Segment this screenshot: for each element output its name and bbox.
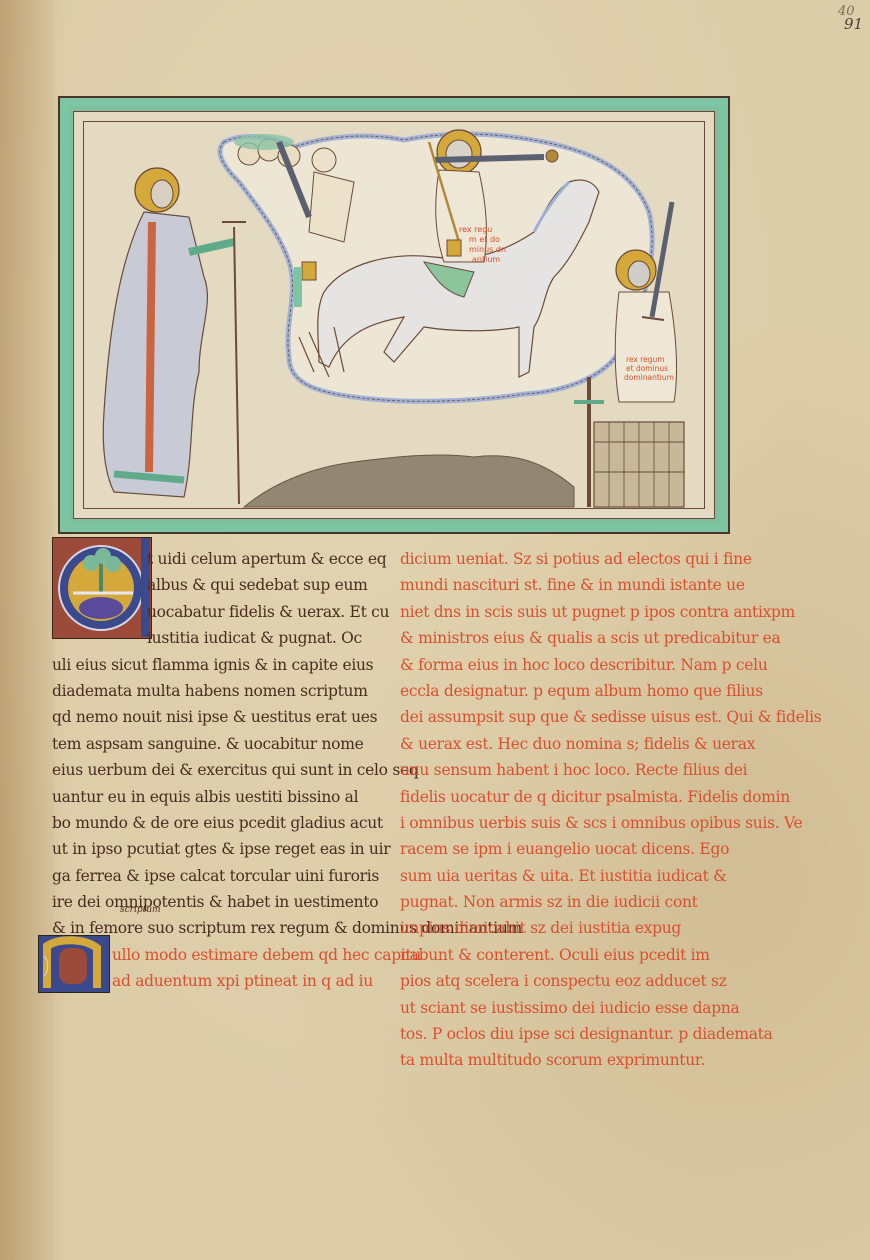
current-folio-number: 91 [844, 18, 863, 30]
rubric-line: pugnat. Non armis sz in die iudicii cont [400, 889, 720, 915]
miniature: rex regu m et do minus dn antium [58, 96, 730, 534]
rubric-line: mundi nascituri st. fine & in mundi ista… [400, 572, 720, 598]
text-line: eius uerbum dei & exercitus qui sunt in … [52, 757, 372, 783]
text-line: ut in ipso pcutiat gtes & ipse reget eas… [52, 836, 372, 862]
miniature-panel: rex regu m et do minus dn antium [73, 111, 715, 519]
folio-number: 40 91 [838, 6, 863, 30]
rubric-line: tos. P oclos diu ipse sci designantur. p… [400, 1021, 720, 1047]
illuminated-initial-n [38, 935, 110, 993]
gutter-stain [0, 0, 55, 1260]
svg-text:et dominus: et dominus [626, 364, 668, 373]
text-line: ga ferrea & ipse calcat torcular uini fu… [52, 863, 372, 889]
svg-text:rex regum: rex regum [626, 355, 665, 364]
rubric-line: niet dns in scis suis ut pugnet p ipos c… [400, 599, 720, 625]
text-column-right: dicium ueniat. Sz si potius ad electos q… [400, 546, 720, 1074]
hills-icon [244, 455, 574, 507]
rubric-line: nabunt & conterent. Oculi eius pcedit im [400, 942, 720, 968]
text-line: diademata multa habens nomen scriptum [52, 678, 372, 704]
text-line: uli eius sicut flamma ignis & in capite … [52, 652, 372, 678]
svg-text:m et do: m et do [469, 235, 500, 244]
rubric-line: i omnibus uerbis suis & scs i omnibus op… [400, 810, 720, 836]
text-line: uantur eu in equis albis uestiti bissino… [52, 784, 372, 810]
text-line: tem aspsam sanguine. & uocabitur nome [52, 731, 372, 757]
svg-text:dominantium: dominantium [624, 373, 674, 382]
text-line: t uidi celum apertum & ecce eq [52, 546, 372, 572]
text-line: uocabatur fidelis & uerax. Et cu [52, 599, 372, 625]
svg-text:antium: antium [472, 255, 500, 264]
rubric-line: fidelis uocatur de q dicitur psalmista. … [400, 784, 720, 810]
text-line: albus & qui sedebat sup eum [52, 572, 372, 598]
rubric-line: racem se ipm i euangelio uocat dicens. E… [400, 836, 720, 862]
text-column-left: t uidi celum apertum & ecce eq albus & q… [52, 546, 372, 995]
interlinear-gloss: scriptum [120, 905, 161, 915]
rubric-line: dei assumpsit sup que & sedisse uisus es… [400, 704, 720, 730]
rubric-line: sum uia ueritas & uita. Et iustitia iudi… [400, 863, 720, 889]
rubric-line: ut sciant se iustissimo dei iudicio esse… [400, 995, 720, 1021]
miniature-scene: rex regu m et do minus dn antium [74, 112, 716, 520]
text-line: bo mundo & de ore eius pcedit gladius ac… [52, 810, 372, 836]
svg-text:minus dn: minus dn [469, 245, 506, 254]
rubric-line: ta multa multitudo scorum exprimuntur. [400, 1047, 720, 1073]
saint-john-icon [103, 168, 246, 504]
rubric-line: eccla designatur. p equm album homo que … [400, 678, 720, 704]
text-line: qd nemo nouit nisi ipse & uestitus erat … [52, 704, 372, 730]
rubric-line: pios atq scelera i conspectu eoz adducet… [400, 968, 720, 994]
rubric-line: & forma eius in hoc loco describitur. Na… [400, 652, 720, 678]
rubric-line: dicium ueniat. Sz si potius ad electos q… [400, 546, 720, 572]
text-line: ire dei omnipotentis & habet in uestimen… [52, 889, 372, 915]
rubric-line: unu sensum habent i hoc loco. Recte fili… [400, 757, 720, 783]
svg-text:rex regu: rex regu [459, 225, 492, 234]
rubric-line: impios dimicabit sz dei iustitia expug [400, 915, 720, 941]
initial-n-icon [39, 936, 108, 991]
rubric-line: & ministros eius & qualis a scis ut pred… [400, 625, 720, 651]
text-line: iustitia iudicat & pugnat. Oc [52, 625, 372, 651]
manuscript-page: 40 91 [0, 0, 870, 1260]
rubric-line: & uerax est. Hec duo nomina s; fidelis &… [400, 731, 720, 757]
